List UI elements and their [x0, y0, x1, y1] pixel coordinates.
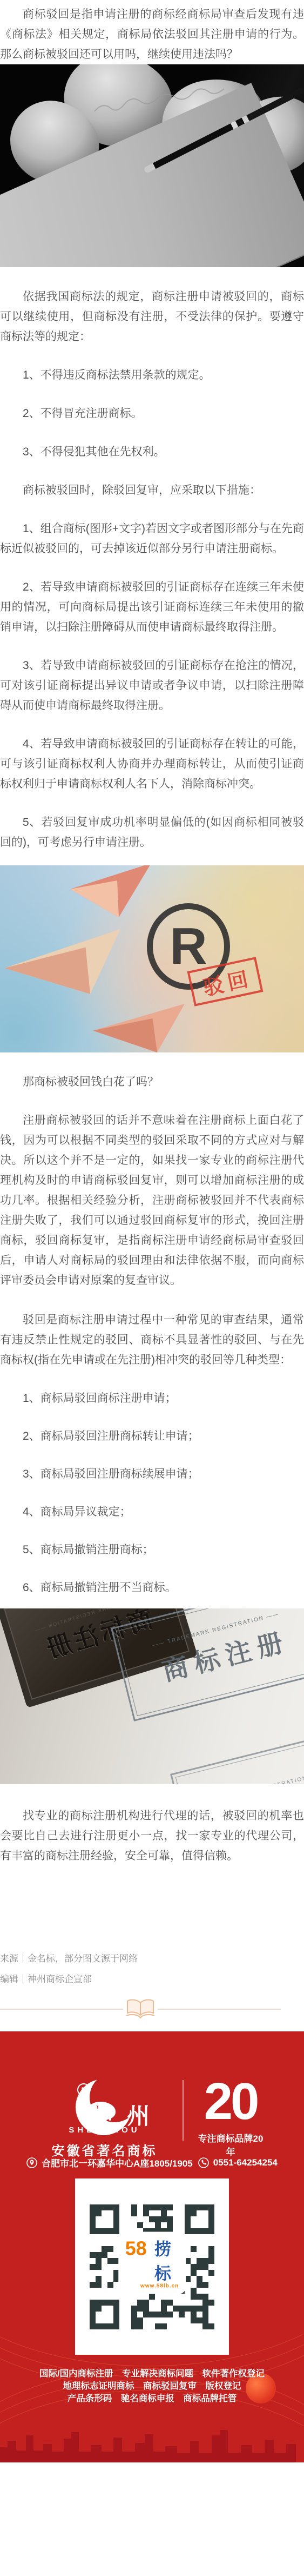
crumpled-paper-photo — [0, 64, 304, 267]
phone-segment: 0551-64254254 — [198, 2157, 278, 2168]
type-item: 5、商标局撤销注册商标； — [0, 1540, 304, 1560]
rule-item: 1、不得违反商标法禁用条款的规定。 — [0, 365, 304, 385]
measures-intro: 商标被驳回时，除驳回复审，应采取以下措施： — [0, 480, 304, 500]
rule-item: 2、不得冒充注册商标。 — [0, 403, 304, 423]
anniversary-text: 专注商标品牌20年 — [195, 2131, 266, 2158]
location-pin-icon — [26, 2157, 37, 2168]
measure-item: 2、若导致申请商标被驳回的引证商标存在连续三年未使用的情况，可向商标局提出该引证… — [0, 577, 304, 637]
type-item: 2、商标局驳回注册商标转让申请； — [0, 1426, 304, 1446]
question-heading: 那商标被驳回钱白花了吗？ — [0, 1072, 304, 1092]
open-book-icon — [123, 1996, 158, 2022]
services-line: 国际/国内商标注册 专业解决商标问题 软件著作权登记 — [0, 2368, 304, 2380]
brand-name-cn: 神州 — [90, 2098, 171, 2131]
stamp-imprint-partial: —— TRADEMARK REGISTRATION —— — [170, 1734, 304, 1784]
registered-mark-icon: R — [77, 2083, 90, 2096]
type-item: 1、商标局驳回商标注册申请； — [0, 1388, 304, 1408]
section-divider — [0, 1996, 304, 2022]
qr-logo-laobiao: 捞标 — [147, 2236, 179, 2284]
paper-plane — [4, 929, 120, 994]
city-skyline — [0, 2419, 304, 2462]
qr-finder — [185, 2204, 214, 2234]
shenzhou-logo: 神州 R SHENZHOU 安徽省著名商标 — [38, 2079, 171, 2159]
qr-code: 58捞标 www.58lb.cn — [90, 2204, 214, 2329]
money-paragraph: 注册商标被驳回的话并不意味着在注册商标上面白花了钱，因为可以根据不同类型的驳回采… — [0, 1110, 304, 1290]
intro-paragraph: 商标驳回是指申请注册的商标经商标局审查后发现有违《商标法》相关规定，商标局依法驳… — [0, 4, 304, 64]
type-item: 6、商标局撤销注册不当商标。 — [0, 1578, 304, 1598]
stamp-imprint: —— TRADEMARK REGISTRATION —— 商标注册 — [111, 1608, 304, 1721]
qr-center-logo: 58捞标 www.58lb.cn — [121, 2235, 184, 2292]
qr-panel: 58捞标 www.58lb.cn — [75, 2178, 229, 2355]
paper-plane — [93, 1004, 185, 1052]
contact-row: 合肥市北一环嘉华中心A座1805/1905 0551-64254254 — [0, 2156, 304, 2169]
qr-logo-58: 58 — [125, 2237, 147, 2260]
trademark-stamp-photo: —— TRADEMARK REGISTRATION —— 商标注册 —— TRA… — [0, 1608, 304, 1784]
qr-finder — [90, 2300, 119, 2329]
editor-credit: 编辑｜神州商标企宣部 — [0, 1974, 304, 1985]
rule-item: 3、不得侵犯其他在先权利。 — [0, 442, 304, 462]
anniversary-block: 20 专注商标品牌20年 — [195, 2079, 266, 2158]
services-list: 国际/国内商标注册 专业解决商标问题 软件著作权登记 地理标志证明商标 商标驳回… — [0, 2368, 304, 2405]
services-line: 地理标志证明商标 商标驳回复审 版权登记 — [0, 2380, 304, 2393]
paper-plane — [70, 865, 151, 917]
company-footer: 神州 R SHENZHOU 安徽省著名商标 20 专注商标品牌20年 合肥市北一… — [0, 2031, 304, 2462]
brand-row: 神州 R SHENZHOU 安徽省著名商标 20 专注商标品牌20年 — [0, 2079, 304, 2159]
measure-item: 1、组合商标(图形+文字)若因文字或者图形部分与在先商标近似被驳回的，可去掉该近… — [0, 519, 304, 559]
services-line: 产品条形码 驰名商标申报 商标品牌托管 — [0, 2393, 304, 2405]
types-intro: 驳回是商标注册申请过程中一种常见的审查结果，通常有违反禁止性规定的驳回、商标不具… — [0, 1310, 304, 1370]
phone-text: 0551-64254254 — [213, 2157, 278, 2168]
article-page: 商标驳回是指申请注册的商标经商标局审查后发现有违《商标法》相关规定，商标局依法驳… — [0, 0, 304, 2482]
rejected-trademark-illustration: R 驳回 — [0, 865, 304, 1052]
source-credit: 来源｜金名标，部分图文源于网络 — [0, 1953, 304, 1965]
measure-item: 5、若驳回复审成功机率明显偏低的(如因商标相同被驳回的)，可考虑另行申请注册。 — [0, 812, 304, 852]
phone-icon — [198, 2157, 209, 2168]
closing-paragraph: 找专业的商标注册机构进行代理的话，被驳回的机率也会要比自己去进行注册更小一点，找… — [0, 1806, 304, 1866]
handwriting-scribble — [92, 87, 232, 120]
address-text: 合肥市北一环嘉华中心A座1805/1905 — [42, 2156, 193, 2169]
law-paragraph: 依据我国商标法的规定，商标注册申请被驳回的，商标可以继续使用，但商标没有注册，不… — [0, 287, 304, 347]
qr-url: www.58lb.cn — [125, 2283, 179, 2289]
type-item: 3、商标局驳回注册商标续展申请； — [0, 1464, 304, 1484]
measure-item: 4、若导致申请商标被驳回的引证商标存在转让的可能，可与该引证商标权利人协商并办理… — [0, 734, 304, 794]
anniversary-number: 20 — [195, 2079, 266, 2124]
measure-item: 3、若导致申请商标被驳回的引证商标存在抢注的情况，可对该引证商标提出异议申请或者… — [0, 655, 304, 716]
type-item: 4、商标局异议裁定； — [0, 1502, 304, 1522]
vertical-divider — [183, 2080, 184, 2141]
qr-finder — [90, 2204, 119, 2234]
address-segment: 合肥市北一环嘉华中心A座1805/1905 — [26, 2156, 193, 2169]
